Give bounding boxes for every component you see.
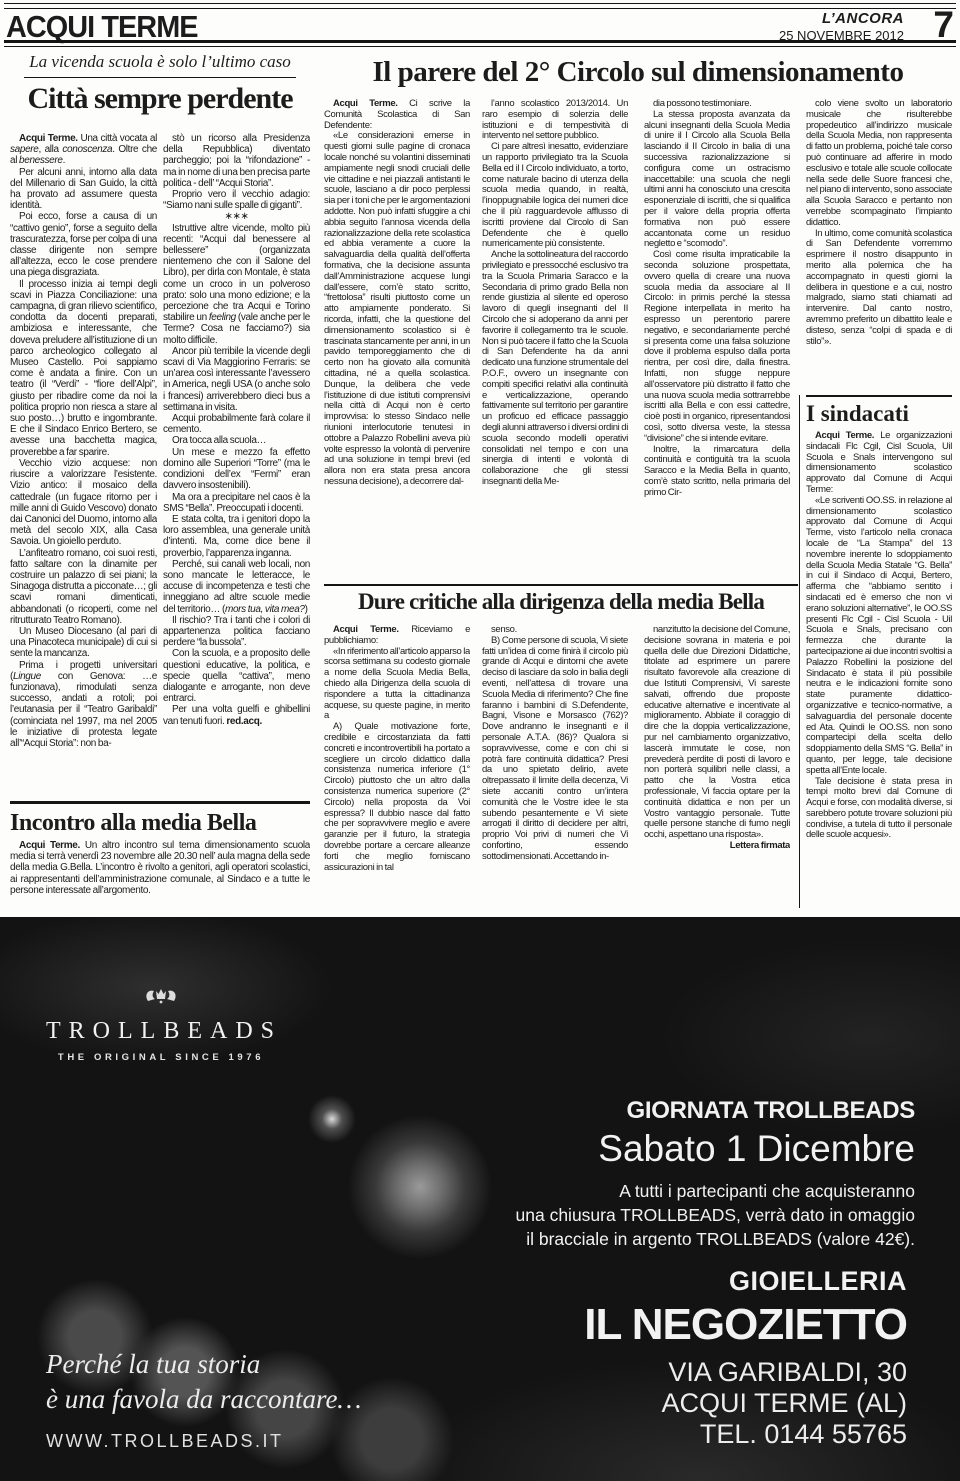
ad-offer-text: A tutti i partecipanti che acquisteranno… bbox=[516, 1179, 915, 1251]
store-name: IL NEGOZIETTO bbox=[584, 1300, 907, 1350]
ad-slogan: Perché la tua storia è una favola da rac… bbox=[46, 1347, 361, 1417]
parere-article-column-2: l’anno scolastico 2013/2014. Un raro ese… bbox=[482, 99, 628, 583]
trollbeads-brand-block: TROLLBEADS THE ORIGINAL SINCE 1976 bbox=[46, 985, 276, 1063]
store-type: GIOIELLERIA bbox=[584, 1266, 907, 1297]
parere-article-column-4: colo viene svolto un laboratorio musical… bbox=[806, 99, 952, 392]
dure-headline: Dure critiche alla dirigenza della media… bbox=[324, 589, 798, 615]
ad-slogan-line-1: Perché la tua storia bbox=[46, 1347, 361, 1382]
incontro-headline: Incontro alla media Bella bbox=[10, 810, 256, 837]
masthead-paper-name: L’ANCORA bbox=[779, 10, 904, 27]
store-address: VIA GARIBALDI, 30 ACQUI TERME (AL) TEL. … bbox=[584, 1357, 907, 1450]
trollbeads-crest-icon bbox=[141, 992, 181, 1009]
trollbeads-since-line: THE ORIGINAL SINCE 1976 bbox=[46, 1052, 276, 1063]
masthead-bottom-rule bbox=[4, 40, 956, 43]
dure-column-3: nanzitutto la decisione del Comune, deci… bbox=[644, 625, 790, 906]
trollbeads-wordmark: TROLLBEADS bbox=[46, 1018, 276, 1045]
masthead-bottom-rule-2 bbox=[4, 46, 956, 47]
sindacati-column: Acqui Terme. Le organizzazioni sindacali… bbox=[806, 431, 952, 906]
dure-top-rule bbox=[324, 584, 798, 586]
ad-slogan-line-2: è una favola da raccontare… bbox=[46, 1382, 361, 1417]
parere-article-column-1: Acqui Terme. Ci scrive la Comunità Scola… bbox=[324, 99, 470, 583]
ad-store-block: GIOIELLERIA IL NEGOZIETTO VIA GARIBALDI,… bbox=[584, 1266, 907, 1450]
store-phone: TEL. 0144 55765 bbox=[584, 1419, 907, 1450]
masthead-paper-block: L’ANCORA 25 NOVEMBRE 2012 bbox=[779, 10, 904, 43]
city-article-column-1: Acqui Terme. Una città vocata al sapere,… bbox=[10, 133, 157, 795]
newspaper-page: ACQUI TERME L’ANCORA 25 NOVEMBRE 2012 7 … bbox=[0, 0, 960, 1481]
store-city: ACQUI TERME (AL) bbox=[584, 1388, 907, 1419]
ad-website: WWW.TROLLBEADS.IT bbox=[46, 1431, 284, 1452]
city-article-headline: Città sempre perdente bbox=[10, 82, 310, 116]
ad-event-title: GIORNATA TROLLBEADS bbox=[516, 1097, 915, 1125]
sindacati-top-rule bbox=[806, 395, 952, 397]
kicker-rule bbox=[24, 77, 296, 78]
sindacati-left-rule bbox=[799, 395, 800, 908]
trollbeads-advertisement: TROLLBEADS THE ORIGINAL SINCE 1976 GIORN… bbox=[0, 917, 960, 1481]
incontro-top-rule bbox=[10, 801, 310, 804]
masthead-top-rule bbox=[4, 3, 956, 4]
ad-promo-block: GIORNATA TROLLBEADS Sabato 1 Dicembre A … bbox=[516, 1097, 915, 1251]
parere-article-column-3: dia possono testimoniare.La stessa propo… bbox=[644, 99, 790, 583]
dure-column-2: senso.B) Come persone di scuola, Vi siet… bbox=[482, 625, 628, 906]
incontro-body: Acqui Terme. Un altro incontro sul tema … bbox=[10, 840, 310, 906]
city-article-kicker: La vicenda scuola è solo l’ultimo caso bbox=[10, 52, 310, 72]
dure-column-1: Acqui Terme. Riceviamo e pubblichiamo:«I… bbox=[324, 625, 470, 906]
parere-article-headline: Il parere del 2° Circolo sul dimensionam… bbox=[324, 56, 952, 89]
city-article-column-2: stò un ricorso alla Presidenza della Rep… bbox=[163, 133, 310, 795]
sindacati-headline: I sindacati bbox=[806, 401, 909, 427]
ad-event-date: Sabato 1 Dicembre bbox=[516, 1128, 915, 1170]
store-street: VIA GARIBALDI, 30 bbox=[584, 1357, 907, 1388]
